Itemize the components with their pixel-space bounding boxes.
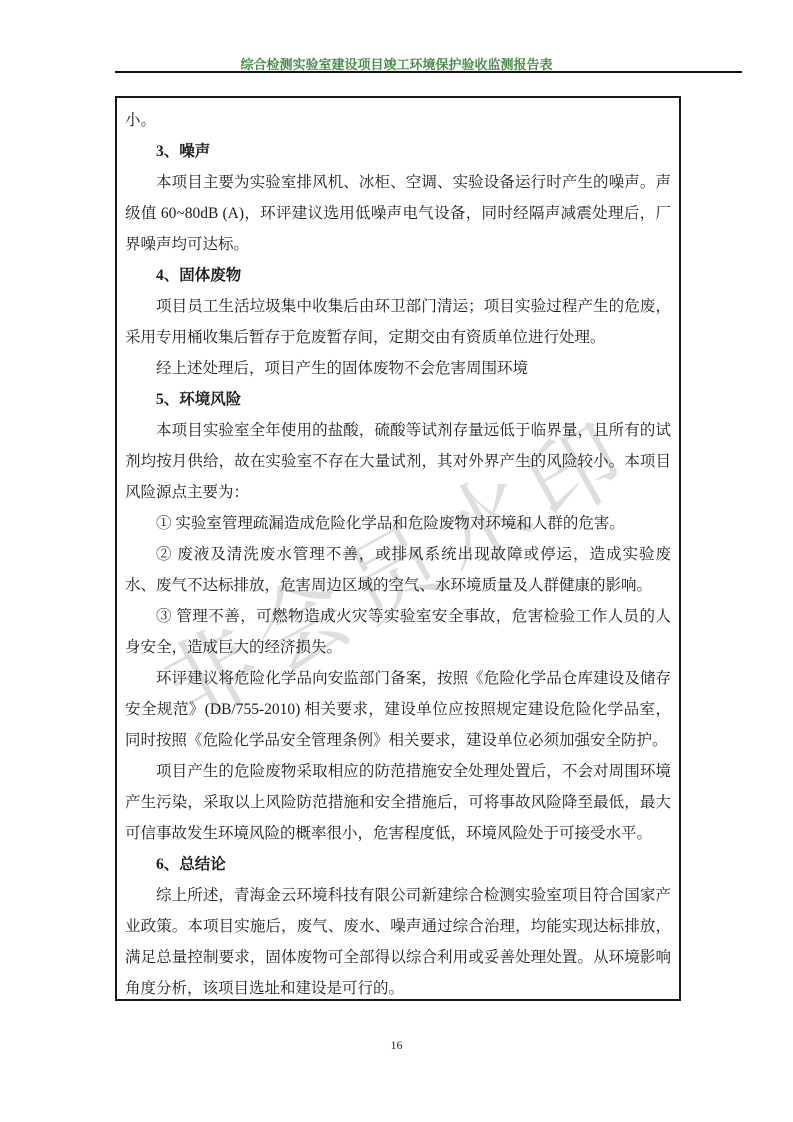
- paragraph: 综上所述，青海金云环境科技有限公司新建综合检测实验室项目符合国家产业政策。本项目…: [125, 880, 671, 1001]
- content-box: 小。3、噪声本项目主要为实验室排风机、冰柜、空调、实验设备运行时产生的噪声。声级…: [115, 96, 681, 1001]
- paragraph: 项目员工生活垃圾集中收集后由环卫部门清运；项目实验过程产生的危废，采用专用桶收集…: [125, 291, 671, 353]
- paragraph: 环评建议将危险化学品向安监部门备案，按照《危险化学品仓库建设及储存安全规范》(D…: [125, 663, 671, 756]
- paragraph: 经上述处理后，项目产生的固体废物不会危害周围环境: [125, 353, 671, 384]
- header-underline: [115, 71, 742, 73]
- paragraph: 本项目主要为实验室排风机、冰柜、空调、实验设备运行时产生的噪声。声级值 60~8…: [125, 167, 671, 260]
- section-heading: 3、噪声: [125, 136, 671, 167]
- section-heading: 6、总结论: [125, 849, 671, 880]
- paragraph: 本项目实验室全年使用的盐酸，硫酸等试剂存量远低于临界量，且所有的试剂均按月供给，…: [125, 415, 671, 508]
- section-heading: 4、固体废物: [125, 260, 671, 291]
- paragraph: 项目产生的危险废物采取相应的防范措施安全处理处置后，不会对周围环境产生污染，采取…: [125, 756, 671, 849]
- page-number: 16: [0, 1038, 793, 1053]
- section-heading: 5、环境风险: [125, 384, 671, 415]
- paragraph: ② 废液及清洗废水管理不善，或排风系统出现故障或停运，造成实验废水、废气不达标排…: [125, 539, 671, 601]
- paragraph: 小。: [125, 105, 671, 136]
- paragraph: ③ 管理不善，可燃物造成火灾等实验室安全事故，危害检验工作人员的人身安全，造成巨…: [125, 601, 671, 663]
- document-page: 非会员水印 综合检测实验室建设项目竣工环境保护验收监测报告表 小。3、噪声本项目…: [0, 0, 793, 1122]
- paragraph: ① 实验室管理疏漏造成危险化学品和危险废物对环境和人群的危害。: [125, 508, 671, 539]
